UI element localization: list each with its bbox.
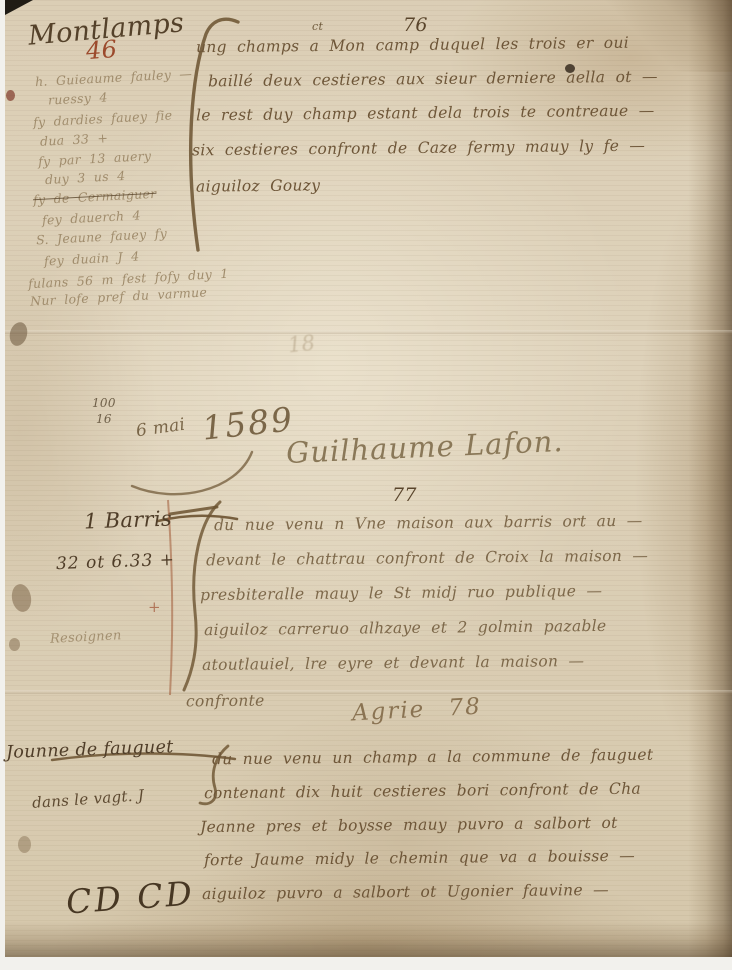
ghost-mark: 18 [287, 331, 317, 358]
entry-number-78: 78 [448, 694, 483, 722]
crease-line [5, 330, 732, 334]
margin-number-bottom: 16 [96, 412, 112, 426]
torn-bottom-edge [5, 921, 732, 957]
scan-corner-mark [5, 0, 33, 15]
entry-number-76: 76 [403, 14, 428, 36]
crease-line [5, 690, 732, 694]
ink-stain [6, 90, 15, 101]
entry-77-line: confronte [186, 692, 265, 711]
entry-number-77: 77 [392, 484, 417, 506]
page-curl-edge [688, 0, 732, 957]
entry-76-line: aiguiloz Gouzy [196, 176, 320, 195]
folio-number-red: 46 [85, 35, 118, 65]
ink-stain [9, 638, 20, 651]
manuscript-scan: Montlamps 46 h. Guieaume fauley — ruessy… [0, 0, 732, 970]
ink-stain [18, 836, 31, 853]
ledger-line: ruessy 4 [48, 89, 108, 107]
margin-number-top: 100 [92, 396, 116, 410]
heading-word: Agrie [351, 697, 426, 727]
margin-amount: 32 ot 6.33 + [56, 550, 176, 574]
superscript-mark: ct [312, 20, 323, 33]
margin-title-barris: 1 Barris [84, 506, 173, 533]
red-plus-mark: + [148, 598, 161, 616]
